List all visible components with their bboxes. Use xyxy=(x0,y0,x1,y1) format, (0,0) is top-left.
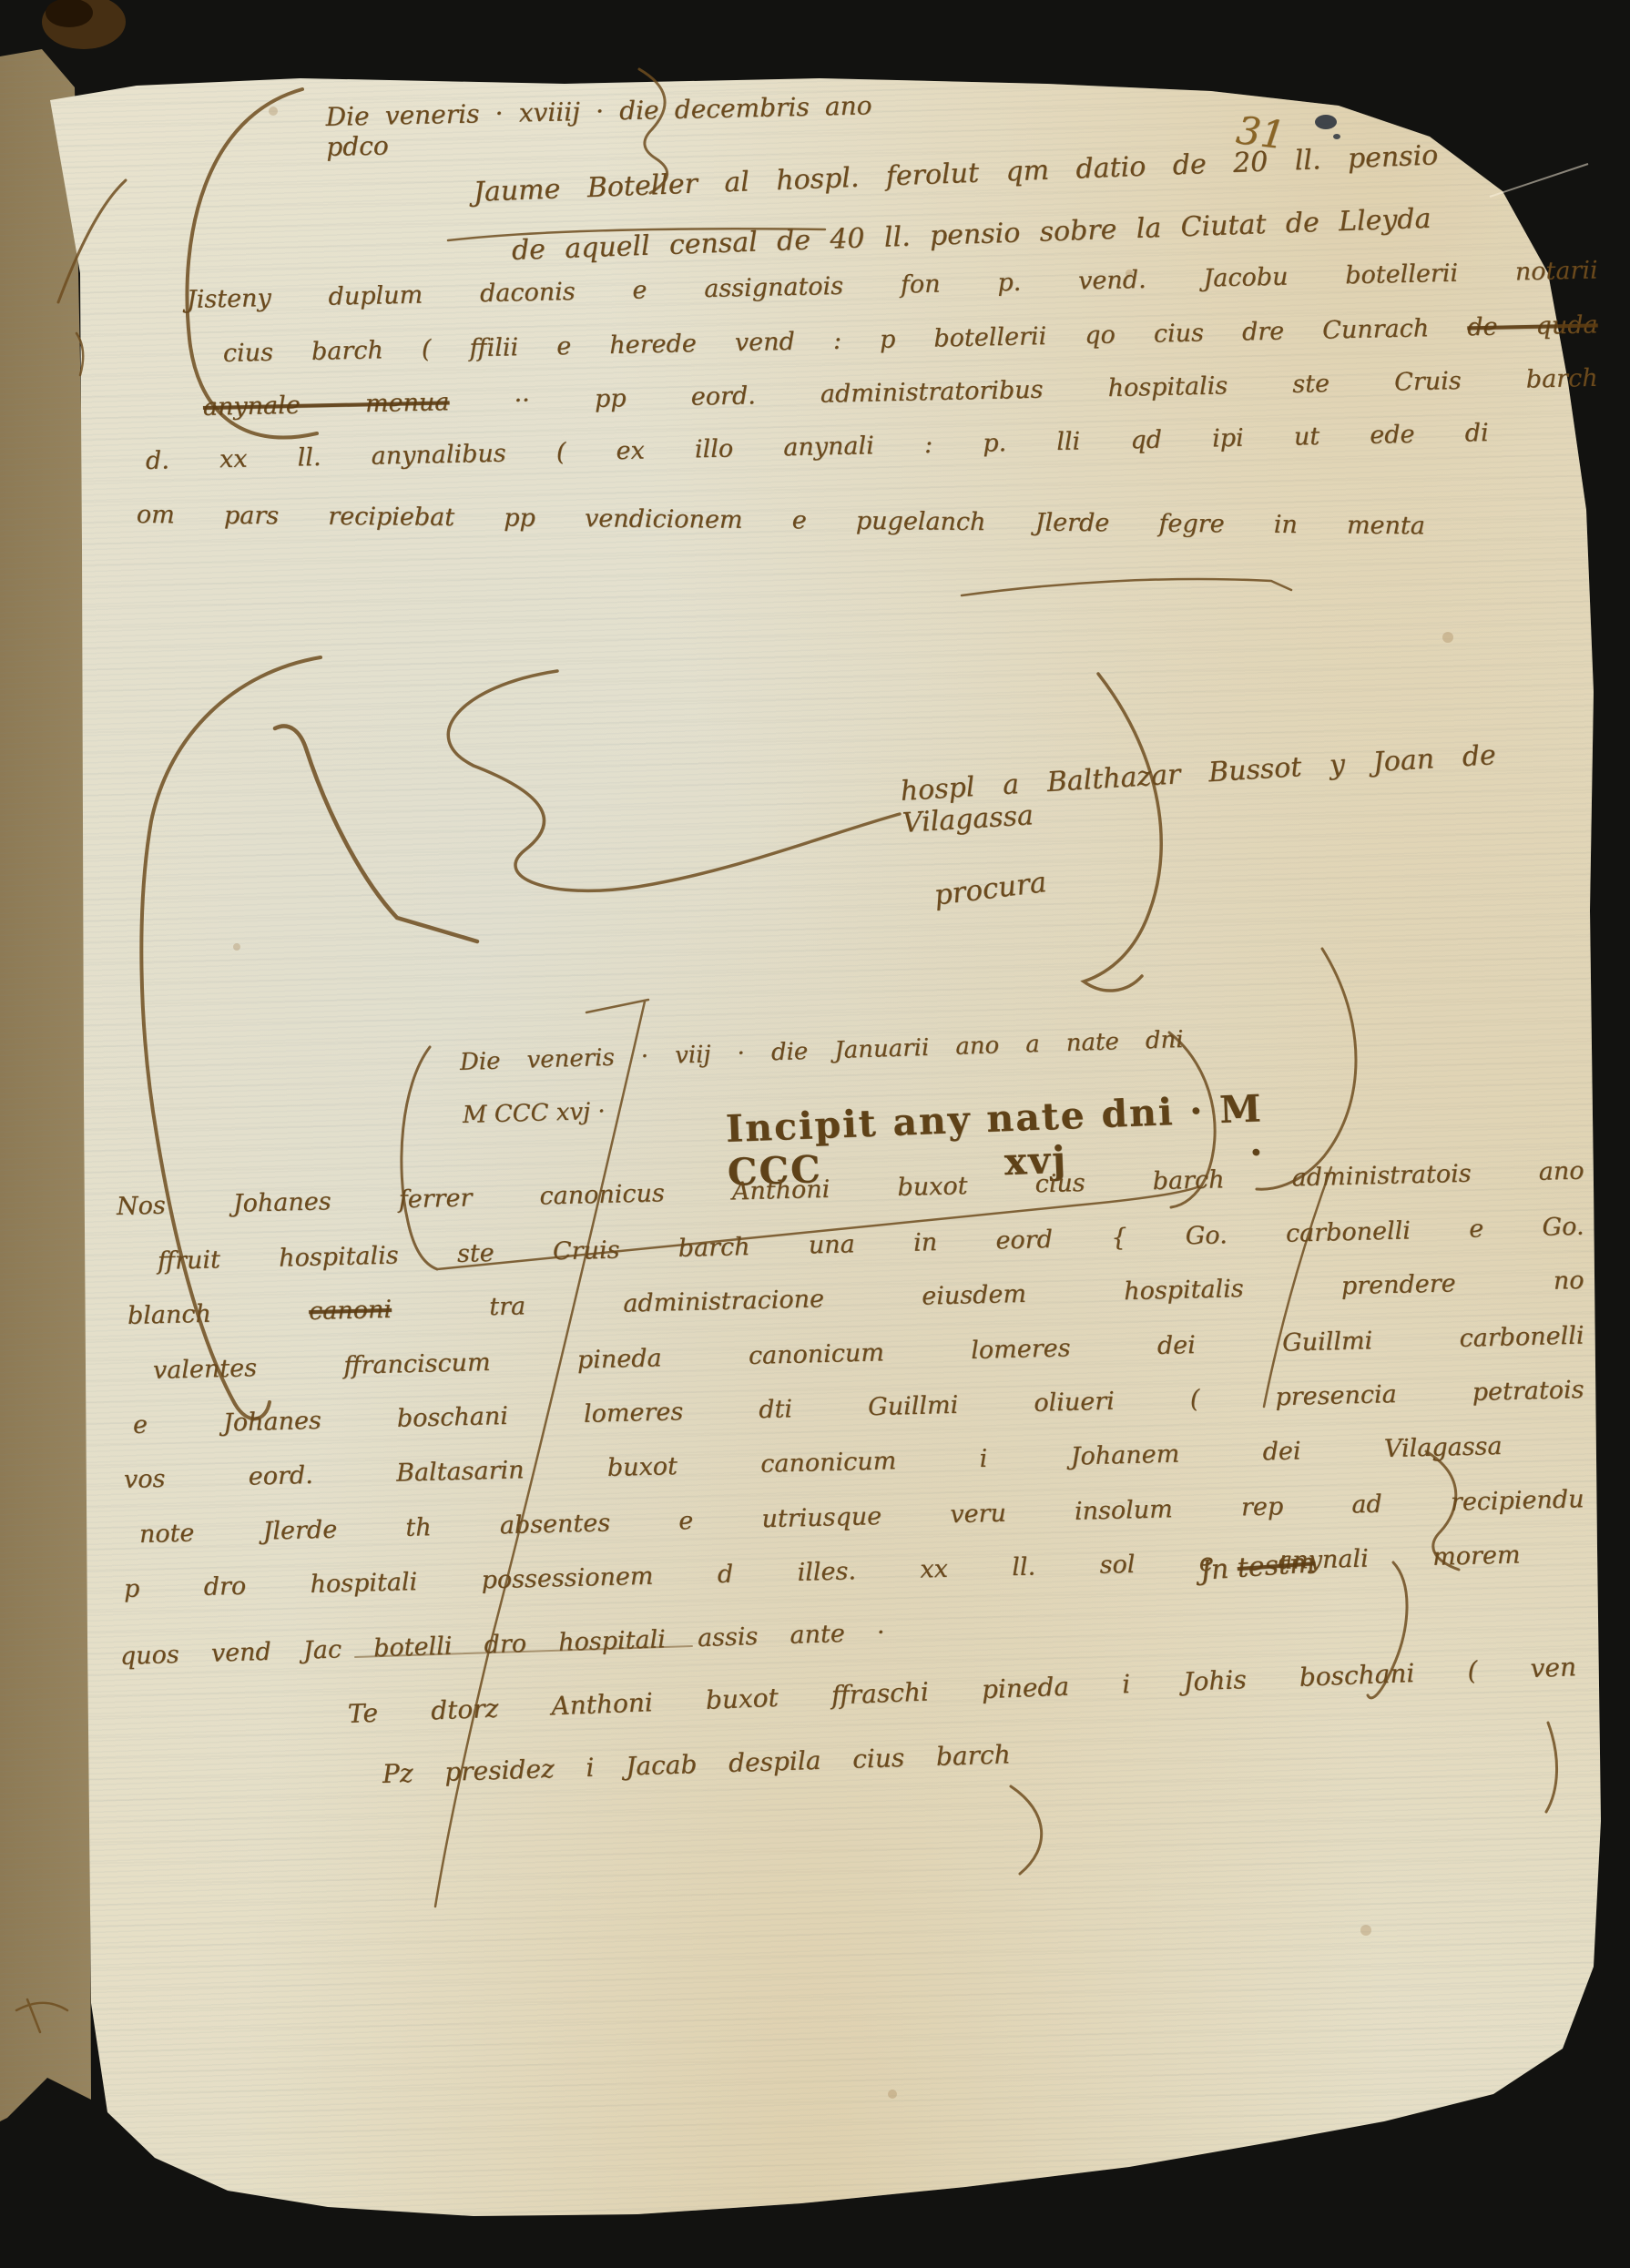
entry2-dateline-line2: M CCC xvj · xyxy=(463,1098,606,1129)
manuscript-scan: Die veneris · xviiij · die decembris ano… xyxy=(0,0,1630,2268)
entry1-dateline: Die veneris · xviiij · die decembris ano… xyxy=(325,90,872,162)
manuscript-text-segment: Jn xyxy=(1199,1552,1238,1587)
manuscript-text-segment: anynale menua xyxy=(203,388,450,422)
entry2-body-paragraph: Nos Johanes ferrer canonicus Anthoni bux… xyxy=(117,1180,1584,1617)
binding-remnant-blot-core xyxy=(46,0,93,27)
binding-remnant-blot xyxy=(42,0,126,49)
manuscript-text-segment: testm xyxy=(1237,1547,1317,1584)
manuscript-text-line: om pars recipiebat pp vendicionem e puge… xyxy=(137,488,1425,553)
manuscript-text-segment: de quda xyxy=(1467,310,1598,341)
paper-crease-line xyxy=(1490,164,1588,197)
manuscript-text-segment: blanch xyxy=(127,1297,310,1330)
entry1-body-paragraph: Jisteny duplum daconis e assignatois fon… xyxy=(137,273,1598,542)
manuscript-text-segment: om pars recipiebat pp vendicionem e puge… xyxy=(137,501,1425,540)
manuscript-text-segment: canoni xyxy=(309,1296,392,1326)
